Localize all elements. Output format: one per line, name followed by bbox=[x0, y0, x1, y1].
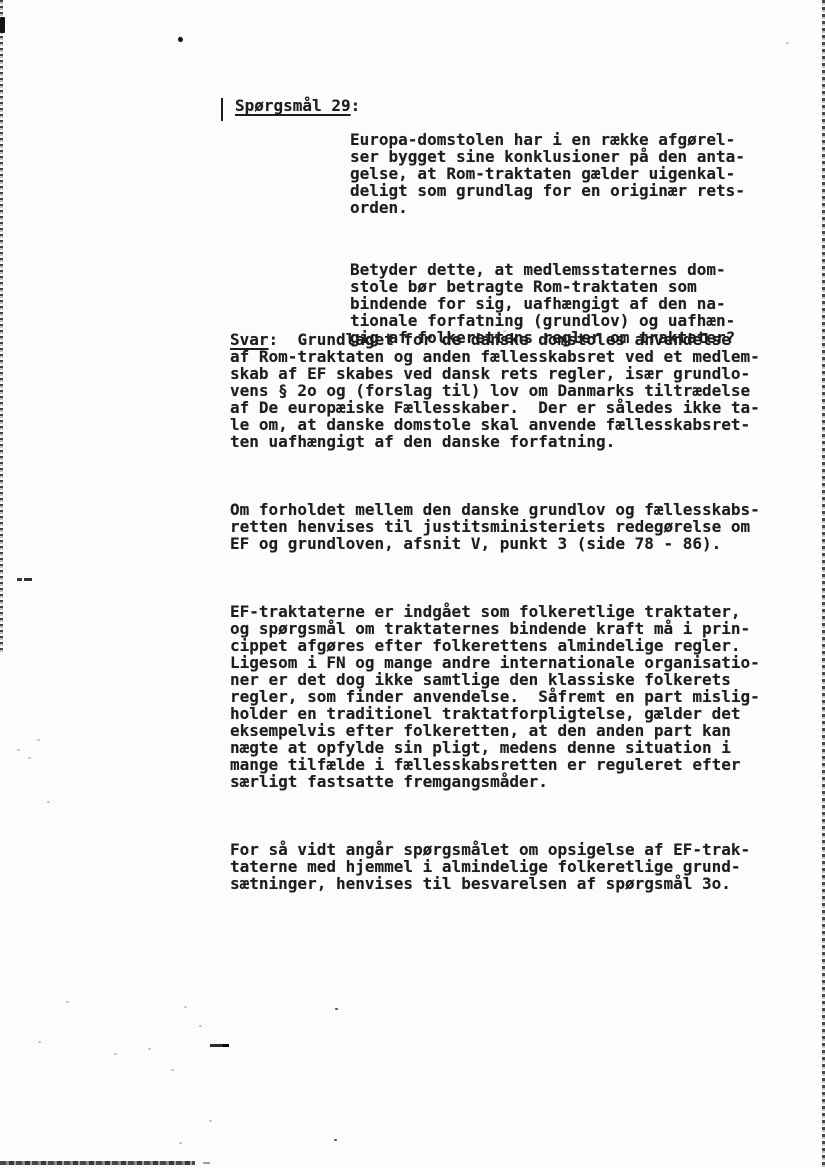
noise-speck bbox=[114, 1053, 117, 1055]
scan-bottom-edge-artifact bbox=[0, 1161, 195, 1165]
answer-paragraph-3: EF-traktaterne er indgået som folkeretli… bbox=[230, 603, 790, 790]
scan-left-edge-artifact bbox=[0, 0, 3, 652]
ink-speck-top bbox=[177, 36, 183, 42]
noise-speck bbox=[209, 1120, 212, 1122]
noise-speck bbox=[335, 1008, 338, 1010]
noise-speck bbox=[28, 757, 31, 759]
noise-speck bbox=[47, 801, 50, 803]
noise-speck bbox=[38, 1041, 41, 1043]
question-label: Spørgsmål 29: bbox=[235, 97, 360, 114]
scan-left-edge-blob bbox=[0, 17, 5, 33]
question-margin-bar bbox=[221, 98, 223, 121]
answer-paragraph-1: Svar: Grundlaget for de danske domstoles… bbox=[230, 331, 790, 450]
noise-speck bbox=[199, 1025, 202, 1027]
question-paragraph-1: Europa-domstolen har i en række afgørel-… bbox=[350, 131, 790, 216]
scanned-document-page: Spørgsmål 29: Europa-domstolen har i en … bbox=[0, 0, 825, 1168]
noise-speck bbox=[66, 1001, 69, 1003]
noise-speck bbox=[37, 739, 40, 741]
noise-speck bbox=[503, 330, 506, 332]
bottom-dash-mark bbox=[210, 1044, 229, 1047]
noise-speck bbox=[17, 749, 20, 751]
noise-speck bbox=[148, 1048, 151, 1050]
answer-paragraph-4: For så vidt angår spørgsmålet om opsigel… bbox=[230, 841, 790, 892]
answer-text-block: Svar: Grundlaget for de danske domstoles… bbox=[230, 297, 790, 926]
margin-dash-mark bbox=[17, 578, 32, 581]
noise-speck bbox=[334, 1139, 337, 1141]
question-label-text: Spørgsmål 29 bbox=[235, 96, 351, 115]
answer-paragraph-2: Om forholdet mellem den danske grundlov … bbox=[230, 501, 790, 552]
scan-bottom-edge-tail bbox=[203, 1162, 210, 1164]
noise-speck bbox=[171, 1069, 174, 1071]
noise-speck bbox=[184, 1006, 187, 1008]
noise-speck bbox=[786, 42, 789, 44]
noise-speck bbox=[179, 1142, 182, 1144]
answer-paragraph-1-text: Grundlaget for de danske domstoles anven… bbox=[230, 330, 760, 451]
